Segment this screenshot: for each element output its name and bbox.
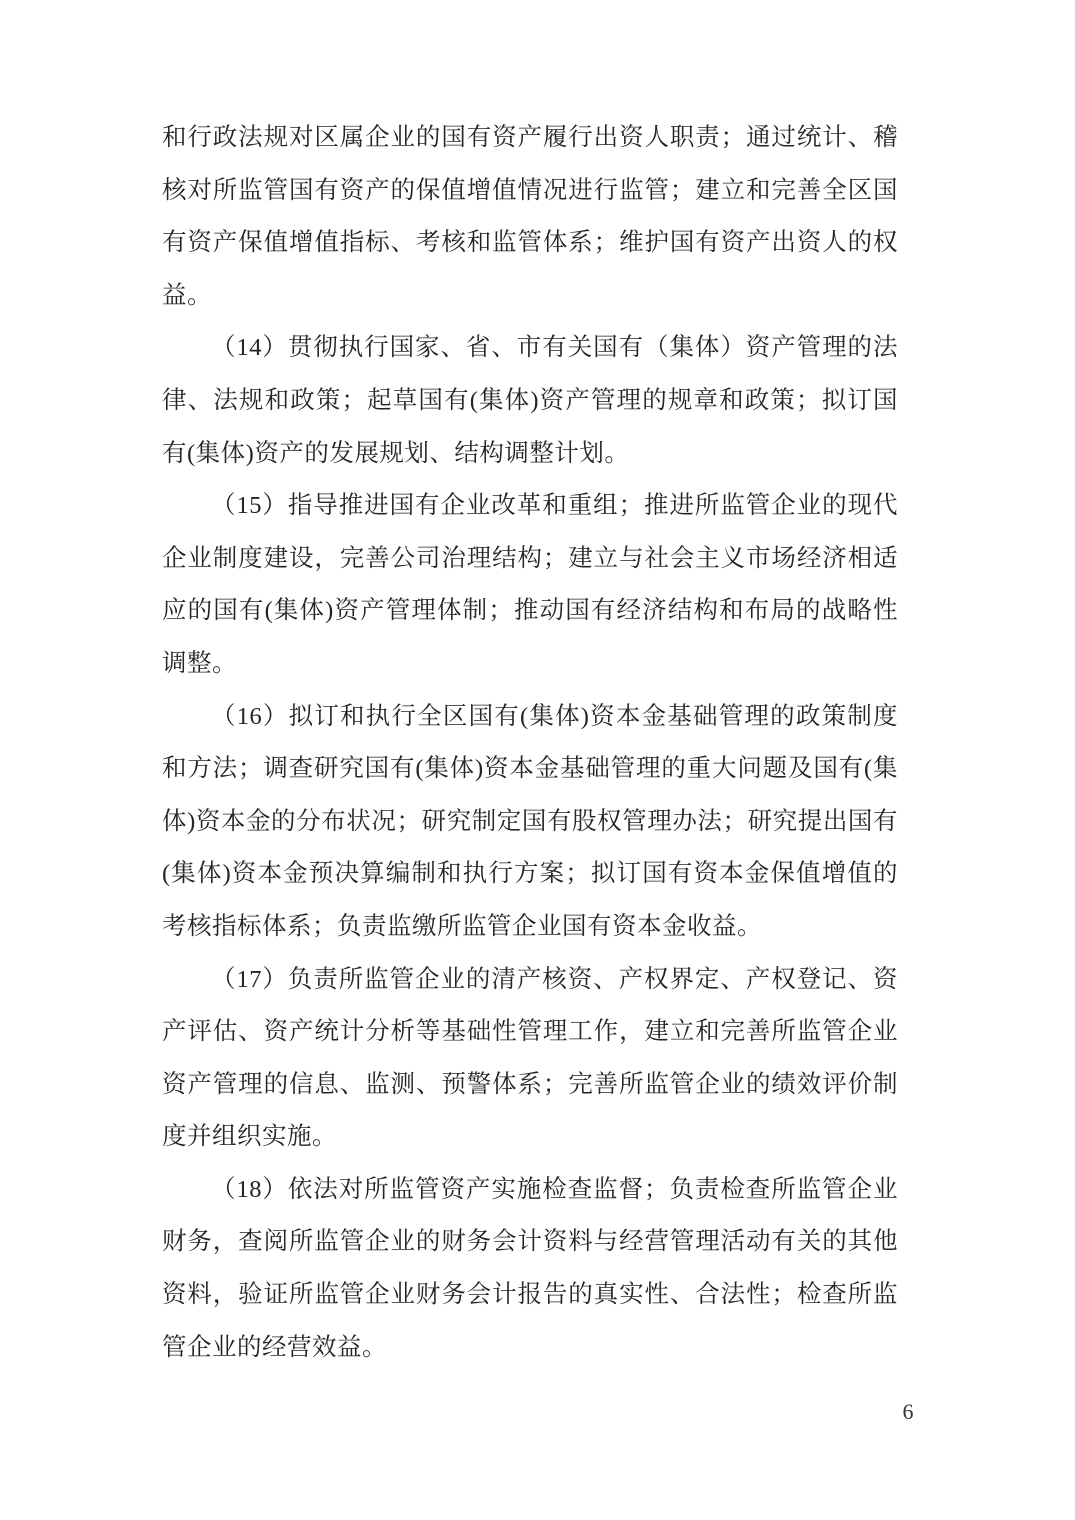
text-line: 和方法；调查研究国有(集体)资本金基础管理的重大问题及国有(集 [162, 743, 898, 796]
paragraph-item-15: （15）指导推进国有企业改革和重组；推进所监管企业的现代 企业制度建设，完善公司… [162, 480, 898, 690]
paragraph-item-17: （17）负责所监管企业的清产核资、产权界定、产权登记、资 产评估、资产统计分析等… [162, 954, 898, 1164]
text-line: 度并组织实施。 [162, 1111, 898, 1164]
text-line: 调整。 [162, 638, 898, 691]
text-line: （15）指导推进国有企业改革和重组；推进所监管企业的现代 [162, 480, 898, 533]
paragraph-item-14: （14）贯彻执行国家、省、市有关国有（集体）资产管理的法 律、法规和政策；起草国… [162, 322, 898, 480]
text-line: 有资产保值增值指标、考核和监管体系；维护国有资产出资人的权 [162, 217, 898, 270]
text-line: 律、法规和政策；起草国有(集体)资产管理的规章和政策；拟订国 [162, 375, 898, 428]
document-page: 和行政法规对区属企业的国有资产履行出资人职责；通过统计、稽 核对所监管国有资产的… [0, 0, 1075, 1520]
text-line: （16）拟订和执行全区国有(集体)资本金基础管理的政策制度 [162, 691, 898, 744]
text-line: （18）依法对所监管资产实施检查监督；负责检查所监管企业 [162, 1164, 898, 1217]
text-line: 应的国有(集体)资产管理体制；推动国有经济结构和布局的战略性 [162, 585, 898, 638]
text-line: 产评估、资产统计分析等基础性管理工作，建立和完善所监管企业 [162, 1006, 898, 1059]
text-line: 财务，查阅所监管企业的财务会计资料与经营管理活动有关的其他 [162, 1216, 898, 1269]
document-body: 和行政法规对区属企业的国有资产履行出资人职责；通过统计、稽 核对所监管国有资产的… [162, 112, 898, 1374]
text-line: 管企业的经营效益。 [162, 1322, 898, 1375]
text-line: 核对所监管国有资产的保值增值情况进行监管；建立和完善全区国 [162, 165, 898, 218]
text-line: 和行政法规对区属企业的国有资产履行出资人职责；通过统计、稽 [162, 112, 898, 165]
text-line: 体)资本金的分布状况；研究制定国有股权管理办法；研究提出国有 [162, 796, 898, 849]
paragraph-item-16: （16）拟订和执行全区国有(集体)资本金基础管理的政策制度 和方法；调查研究国有… [162, 691, 898, 954]
page-number: 6 [880, 1398, 936, 1426]
paragraph-continuation: 和行政法规对区属企业的国有资产履行出资人职责；通过统计、稽 核对所监管国有资产的… [162, 112, 898, 322]
text-line: 有(集体)资产的发展规划、结构调整计划。 [162, 428, 898, 481]
text-line: 资料，验证所监管企业财务会计报告的真实性、合法性；检查所监 [162, 1269, 898, 1322]
paragraph-item-18: （18）依法对所监管资产实施检查监督；负责检查所监管企业 财务，查阅所监管企业的… [162, 1164, 898, 1374]
text-line: (集体)资本金预决算编制和执行方案；拟订国有资本金保值增值的 [162, 848, 898, 901]
text-line: （14）贯彻执行国家、省、市有关国有（集体）资产管理的法 [162, 322, 898, 375]
text-line: 益。 [162, 270, 898, 323]
text-line: 考核指标体系；负责监缴所监管企业国有资本金收益。 [162, 901, 898, 954]
text-line: 资产管理的信息、监测、预警体系；完善所监管企业的绩效评价制 [162, 1059, 898, 1112]
text-line: （17）负责所监管企业的清产核资、产权界定、产权登记、资 [162, 954, 898, 1007]
text-line: 企业制度建设，完善公司治理结构；建立与社会主义市场经济相适 [162, 533, 898, 586]
